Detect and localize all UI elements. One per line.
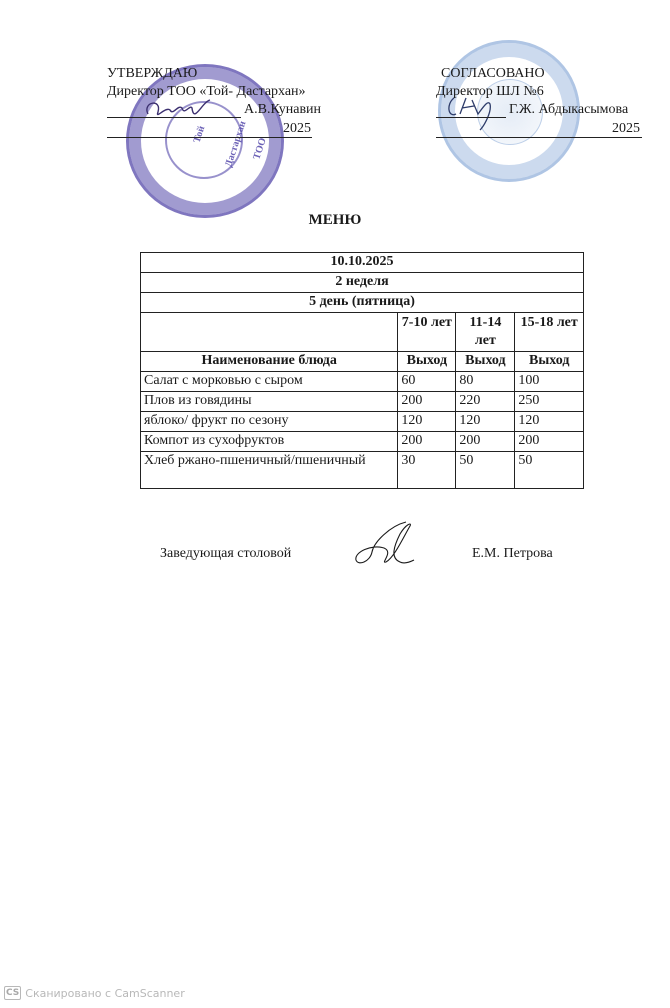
dish-output: 80 xyxy=(456,372,515,392)
dish-output: 120 xyxy=(515,412,584,432)
camscanner-text: Сканировано с CamScanner xyxy=(25,987,184,1000)
dish-name: Компот из сухофруктов xyxy=(141,432,398,452)
output-header: Выход xyxy=(515,352,584,372)
dish-output: 220 xyxy=(456,392,515,412)
camscanner-watermark: CS Сканировано с CamScanner xyxy=(4,986,185,1000)
dish-output: 200 xyxy=(398,392,456,412)
approve-heading: УТВЕРЖДАЮ xyxy=(107,66,197,82)
dish-output: 50 xyxy=(456,452,515,489)
dish-output: 200 xyxy=(398,432,456,452)
date-line xyxy=(107,137,312,138)
table-row: яблоко/ фрукт по сезону 120 120 120 xyxy=(141,412,584,432)
dish-output: 100 xyxy=(515,372,584,392)
table-row: Плов из говядины 200 220 250 xyxy=(141,392,584,412)
output-header: Выход xyxy=(456,352,515,372)
approve-year: 2025 xyxy=(283,121,311,137)
dish-output: 200 xyxy=(456,432,515,452)
dish-output: 50 xyxy=(515,452,584,489)
dish-output: 30 xyxy=(398,452,456,489)
date-line xyxy=(436,137,642,138)
principal-signature-icon xyxy=(444,92,504,132)
age-group-header: 7-10 лет xyxy=(398,313,456,352)
output-header: Выход xyxy=(398,352,456,372)
menu-week: 2 неделя xyxy=(141,273,584,293)
agree-year: 2025 xyxy=(612,121,640,137)
age-group-header: 15-18 лет xyxy=(515,313,584,352)
stamp-text: ТОО xyxy=(251,137,268,161)
dish-output: 200 xyxy=(515,432,584,452)
stamp-text: Дастархан xyxy=(223,120,248,169)
dish-name: Плов из говядины xyxy=(141,392,398,412)
canteen-head-signature-icon xyxy=(350,518,420,570)
dish-output: 120 xyxy=(456,412,515,432)
signature-line xyxy=(107,117,241,118)
dish-output: 120 xyxy=(398,412,456,432)
page-title: МЕНЮ xyxy=(0,212,670,229)
agree-name: Г.Ж. Абдыкасымова xyxy=(509,102,628,118)
dish-output: 250 xyxy=(515,392,584,412)
menu-day: 5 день (пятница) xyxy=(141,293,584,313)
table-row: Хлеб ржано-пшеничный/пшеничный 30 50 50 xyxy=(141,452,584,489)
empty-header-cell xyxy=(141,313,398,352)
dish-name: яблоко/ фрукт по сезону xyxy=(141,412,398,432)
signature-line xyxy=(436,117,506,118)
dish-name: Салат с морковью с сыром xyxy=(141,372,398,392)
canteen-head-position: Заведующая столовой xyxy=(160,546,291,562)
menu-date: 10.10.2025 xyxy=(141,253,584,273)
approve-name: А.В.Кунавин xyxy=(244,102,321,118)
dish-output: 60 xyxy=(398,372,456,392)
age-group-header: 11-14 лет xyxy=(456,313,515,352)
menu-table: 10.10.2025 2 неделя 5 день (пятница) 7-1… xyxy=(140,252,584,489)
table-row: Компот из сухофруктов 200 200 200 xyxy=(141,432,584,452)
table-row: Салат с морковью с сыром 60 80 100 xyxy=(141,372,584,392)
dish-name-header: Наименование блюда xyxy=(141,352,398,372)
canteen-head-name: Е.М. Петрова xyxy=(472,546,553,562)
camscanner-logo-icon: CS xyxy=(4,986,21,1000)
agree-heading: СОГЛАСОВАНО xyxy=(441,66,545,82)
dish-name: Хлеб ржано-пшеничный/пшеничный xyxy=(141,452,398,489)
director-signature-icon xyxy=(140,94,220,128)
